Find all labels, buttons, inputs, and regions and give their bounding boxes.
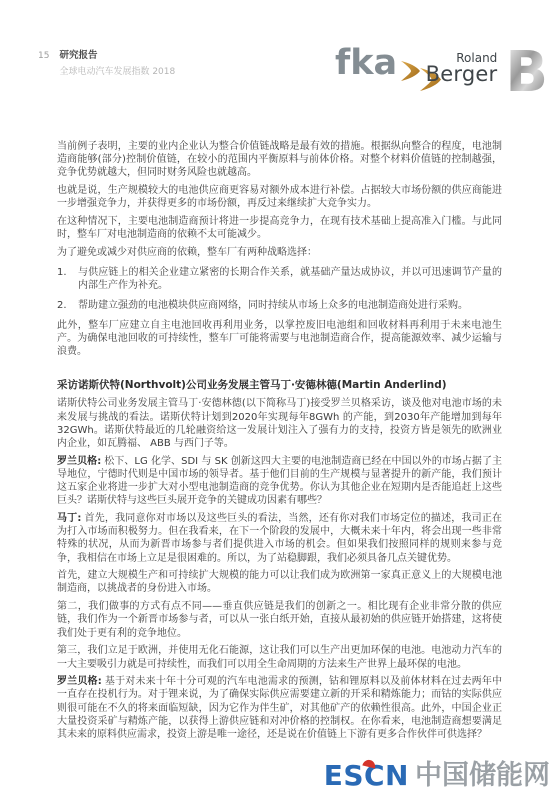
- qa-paragraph: 第二，我们做事的方式有点不同——垂直供应链是我们的创新之一。相比现有企业非常分散…: [57, 600, 502, 640]
- speaker-label: 罗兰贝格:: [57, 456, 101, 467]
- interview-section-heading: 采访诺斯伏特(Northvolt)公司业务发展主管马丁·安德林德(Martin …: [57, 378, 502, 392]
- escn-logo-text: ESCN: [324, 762, 409, 790]
- body-paragraph: 为了避免或减少对供应商的依赖，整车厂有两种战略选择：: [57, 246, 502, 259]
- list-item: 2. 帮助建立强劲的电池模块供应商网络，同时持续从市场上众多的电池制造商处进行采…: [57, 299, 502, 312]
- list-item-text: 帮助建立强劲的电池模块供应商网络，同时持续从市场上众多的电池制造商处进行采购。: [78, 299, 502, 312]
- qa-text: 基于对未来十年十分可观的汽车电池需求的预测，钴和锂原料以及前体材料在过去两年中一…: [57, 676, 502, 740]
- fka-logo-text: fka: [335, 48, 397, 78]
- header-titles: 15 研究报告 全球电动汽车发展指数 2018: [38, 50, 175, 78]
- qa-text: 松下、LG 化学、SDI 与 SK 创新这四大主要的电池制造商已经在中国以外的市…: [57, 456, 502, 507]
- roland-berger-logo: Roland Berger B: [426, 46, 548, 100]
- list-item-number: 1.: [57, 266, 78, 292]
- list-item-text: 与供应链上的相关企业建立紧密的长期合作关系，就基础产量达成协议，并以可迅速调节产…: [78, 266, 502, 292]
- speaker-label: 罗兰贝格:: [57, 676, 102, 687]
- report-title: 研究报告: [59, 50, 175, 62]
- qa-paragraph: 首先，建立大规模生产和可持续扩大规模的能力可以让我们成为欧洲第一家真正意义上的大…: [57, 569, 502, 595]
- interview-intro: 诺斯伏特公司业务发展主管马丁·安德林德(以下简称马丁)接受罗兰贝格采访，谈及他对…: [57, 397, 502, 450]
- document-page: 15 研究报告 全球电动汽车发展指数 2018 fka: [0, 0, 554, 800]
- page-body: 当前例子表明，主要的业内企业认为整合价值链战略是最有效的措施。根据纵向整合的程度…: [57, 140, 502, 746]
- list-item-number: 2.: [57, 299, 78, 312]
- body-paragraph: 也就是说，生产规模较大的电池供应商更容易对额外成本进行补偿。占据较大市场份额的供…: [57, 184, 502, 210]
- body-paragraph: 在这种情况下，主要电池制造商预计将进一步提高竞争力，在现有技术基础上提高准入门槛…: [57, 215, 502, 241]
- berger-label: Berger: [426, 64, 498, 84]
- qa-paragraph: 马丁:首先，我同意你对市场以及这些巨头的看法，当然，还有你对我们市场定位的描述，…: [57, 512, 502, 565]
- speaker-label: 马丁:: [57, 513, 81, 524]
- report-subtitle: 全球电动汽车发展指数 2018: [59, 66, 175, 78]
- qa-text: 首先，我同意你对市场以及这些巨头的看法，当然，还有你对我们市场定位的描述，我司正…: [57, 513, 502, 564]
- qa-paragraph: 罗兰贝格:基于对未来十年十分可观的汽车电池需求的预测，钴和锂原料以及前体材料在过…: [57, 675, 502, 741]
- roland-berger-logo-text: Roland Berger: [426, 52, 498, 84]
- list-item: 1. 与供应链上的相关企业建立紧密的长期合作关系，就基础产量达成协议，并以可迅速…: [57, 266, 502, 292]
- body-paragraph: 当前例子表明，主要的业内企业认为整合价值链战略是最有效的措施。根据纵向整合的程度…: [57, 140, 502, 180]
- qa-paragraph: 罗兰贝格:松下、LG 化学、SDI 与 SK 创新这四大主要的电池制造商已经在中…: [57, 455, 502, 508]
- page-number: 15: [38, 50, 49, 78]
- qa-paragraph: 第三，我们立足于欧洲，并使用无化石能源，这让我们可以生产出更加环保的电池。电池动…: [57, 644, 502, 670]
- body-paragraph: 此外，整车厂应建立自主电池回收再利用业务，以掌控废旧电池组和回收材料再利用于未来…: [57, 319, 502, 359]
- report-title-block: 研究报告 全球电动汽车发展指数 2018: [59, 50, 175, 78]
- page-header: 15 研究报告 全球电动汽车发展指数 2018 fka: [38, 46, 550, 116]
- strategy-options-list: 1. 与供应链上的相关企业建立紧密的长期合作关系，就基础产量达成协议，并以可迅速…: [57, 266, 502, 312]
- escn-watermark-logo: ESCN 中国储能网: [324, 762, 550, 790]
- escn-chinese-text: 中国储能网: [415, 762, 550, 790]
- roland-berger-b-icon: B: [505, 46, 548, 100]
